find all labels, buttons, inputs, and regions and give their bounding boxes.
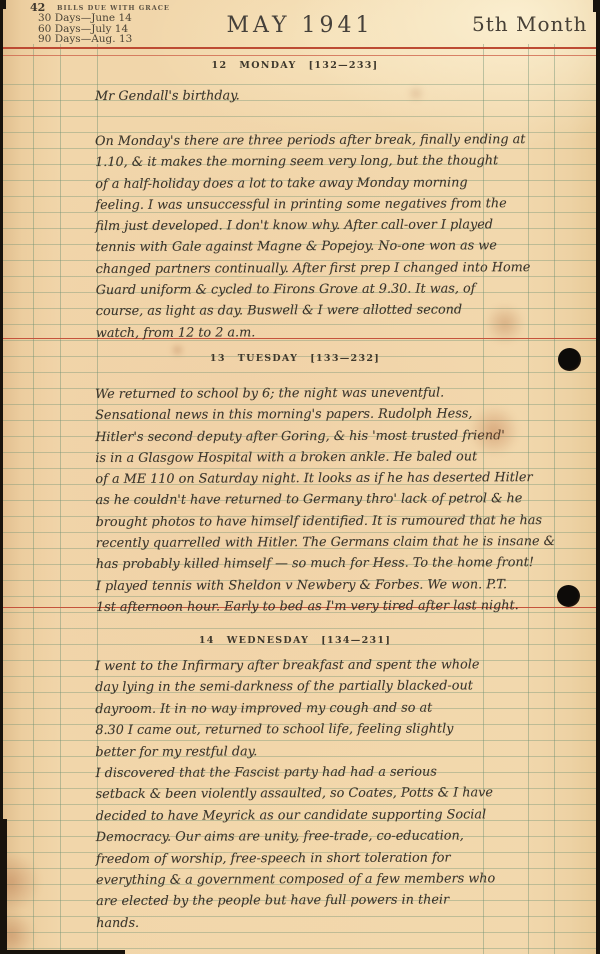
handwritten-line: 8.30 I came out, returned to school life… [95,718,540,741]
scan-edge [0,950,125,954]
stain [485,303,525,345]
handwritten-line: 1st afternoon hour. Early to bed as I'm … [96,595,541,618]
handwritten-line: I went to the Infirmary after breakfast … [95,654,540,677]
header-red-rule [0,55,600,56]
ledger-vertical-line [554,44,555,954]
grace-date-line: 30 Days—June 14 [38,13,132,24]
section-header-wednesday: 14WEDNESDAY[134—231] [90,635,500,646]
handwritten-line: day lying in the semi-darkness of the pa… [95,675,540,698]
day-number: 13 [210,353,226,364]
handwritten-line: tennis with Gale against Magne & Popejoy… [95,236,540,259]
entry-monday-text: On Monday's there are three periods afte… [95,129,541,344]
handwritten-line: feeling. I was unsuccessful in printing … [95,193,540,216]
handwritten-line: freedom of worship, free-speech in short… [96,847,541,870]
handwritten-line: Guard uniform & cycled to Firons Grove a… [96,278,541,301]
handwritten-line: dayroom. It in no way improved my cough … [95,697,540,720]
scan-edge [0,0,3,954]
stain [406,86,426,101]
handwritten-line: of a half-holiday does a lot to take awa… [95,172,540,195]
diary-page: 42 BILLS DUE WITH GRACE 30 Days—June 146… [0,0,600,954]
handwritten-line: are elected by the people but have full … [96,890,541,913]
scan-edge [593,0,600,12]
handwritten-line: is in a Glasgow Hospital with a broken a… [95,446,540,469]
header-red-rule [0,47,600,49]
month-ordinal: 5th Month [472,12,592,36]
bills-due-note: BILLS DUE WITH GRACE [57,4,170,12]
handwritten-line: has probably killed himself — so much fo… [96,552,541,575]
stain [170,344,185,356]
handwritten-line: of a ME 110 on Saturday night. It looks … [95,467,540,490]
scan-edge [0,0,6,9]
punch-hole [558,348,581,371]
section-header-monday: 12MONDAY[132—233] [90,60,500,71]
handwritten-line: decided to have Meyrick as our candidate… [96,804,541,827]
day-count-range: [132—233] [309,60,379,71]
grace-date-line: 90 Days—Aug. 13 [38,34,132,45]
punch-hole [557,585,580,607]
handwritten-line: as he couldn't have returned to Germany … [95,489,540,512]
handwritten-line: We returned to school by 6; the night wa… [95,382,540,405]
handwritten-line: everything & a government composed of a … [96,868,541,891]
handwritten-line: recently quarrelled with Hitler. The Ger… [96,531,541,554]
section-header-tuesday: 13TUESDAY[133—232] [90,353,500,364]
stain [468,406,520,456]
ledger-vertical-line [33,44,34,954]
handwritten-line: watch, from 12 to 2 a.m. [96,321,541,344]
grace-dates-list: 30 Days—June 1460 Days—July 1490 Days—Au… [38,13,132,45]
entry-monday-note: Mr Gendall's birthday. [95,86,540,106]
handwritten-line: brought photos to have himself identifie… [96,510,541,533]
ledger-vertical-line [60,44,61,954]
handwritten-line: course, as light as day. Buswell & I wer… [96,299,541,322]
handwritten-line: better for my restful day. [95,740,540,763]
handwritten-line: changed partners continually. After firs… [96,257,541,280]
month-title: MAY 1941 [180,13,420,38]
handwritten-line: I discovered that the Fascist party had … [95,761,540,784]
scan-edge [596,0,600,954]
day-number: 14 [199,635,215,646]
handwritten-line: hands. [96,911,541,934]
day-count-range: [133—232] [310,353,380,364]
day-number: 12 [212,60,228,71]
day-name: WEDNESDAY [227,635,310,646]
day-name: MONDAY [239,60,296,71]
scan-edge [0,819,7,954]
handwritten-line: I played tennis with Sheldon v Newbery &… [96,574,541,597]
handwritten-line: film just developed. I don't know why. A… [95,214,540,237]
entry-wednesday-text: I went to the Infirmary after breakfast … [95,654,541,934]
day-name: TUESDAY [238,353,298,364]
handwritten-line: Democracy. Our aims are unity, free-trad… [96,825,541,848]
day-count-range: [134—231] [321,635,391,646]
handwritten-line: setback & been violently assaulted, so C… [96,782,541,805]
handwritten-line: 1.10, & it makes the morning seem very l… [95,150,540,173]
handwritten-line: On Monday's there are three periods afte… [95,129,540,152]
